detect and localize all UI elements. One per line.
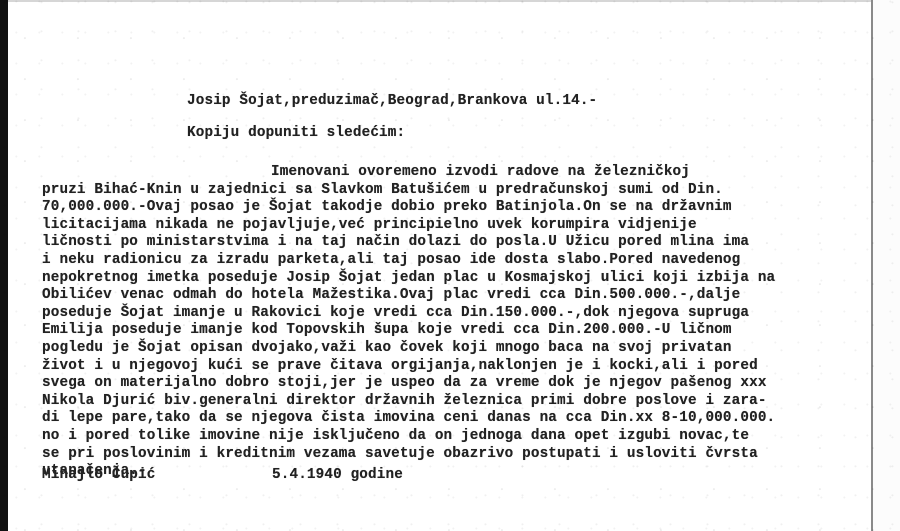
page-right-edge (871, 0, 873, 531)
body-line: pruzi Bihać-Knin u zajednici sa Slavkom … (42, 182, 775, 200)
body-line: Obilićev venac odmah do hotela Mažestika… (42, 287, 775, 305)
body-line: Imenovani ovoremeno izvodi radove na žel… (42, 164, 775, 182)
body-line: se pri poslovinim i kreditnim vezama sav… (42, 446, 775, 464)
body-line: nepokretnog imetka poseduje Josip Šojat … (42, 270, 775, 288)
scan-top-edge (8, 0, 900, 2)
body-line: licitacijama nikada ne pojavljuje,već pr… (42, 217, 775, 235)
scan-left-edge (0, 0, 8, 531)
recipient-line: Josip Šojat,preduzimač,Beograd,Brankova … (187, 93, 597, 110)
body-line: svega on materijalno dobro stoji,jer je … (42, 375, 775, 393)
signature: Mihajlo Čupić (42, 467, 155, 484)
body-line: ličnosti po ministarstvima i na taj nači… (42, 234, 775, 252)
body-line: 70,000.000.-Ovaj posao je Šojat takodje … (42, 199, 775, 217)
body-line: pogledu je Šojat opisan dvojako,važi kao… (42, 340, 775, 358)
body-line: poseduje Šojat imanje u Rakovici koje vr… (42, 305, 775, 323)
body-line: Emilija poseduje imanje kod Topovskih šu… (42, 322, 775, 340)
scan-right-margin (873, 0, 900, 531)
body-line: život i u njegovoj kući se prave čitava … (42, 358, 775, 376)
body-line: di lepe pare,tako da se njegova čista im… (42, 410, 775, 428)
body-line: Nikola Djurić biv.generalni direktor drž… (42, 393, 775, 411)
document-body: Imenovani ovoremeno izvodi radove na žel… (42, 164, 775, 481)
body-line: no i pored tolike imovine nije isključen… (42, 428, 775, 446)
intro-line: Kopiju dopuniti sledećim: (187, 125, 405, 142)
document-date: 5.4.1940 godine (272, 467, 403, 484)
body-line: i neku radionicu za izradu parketa,ali t… (42, 252, 775, 270)
